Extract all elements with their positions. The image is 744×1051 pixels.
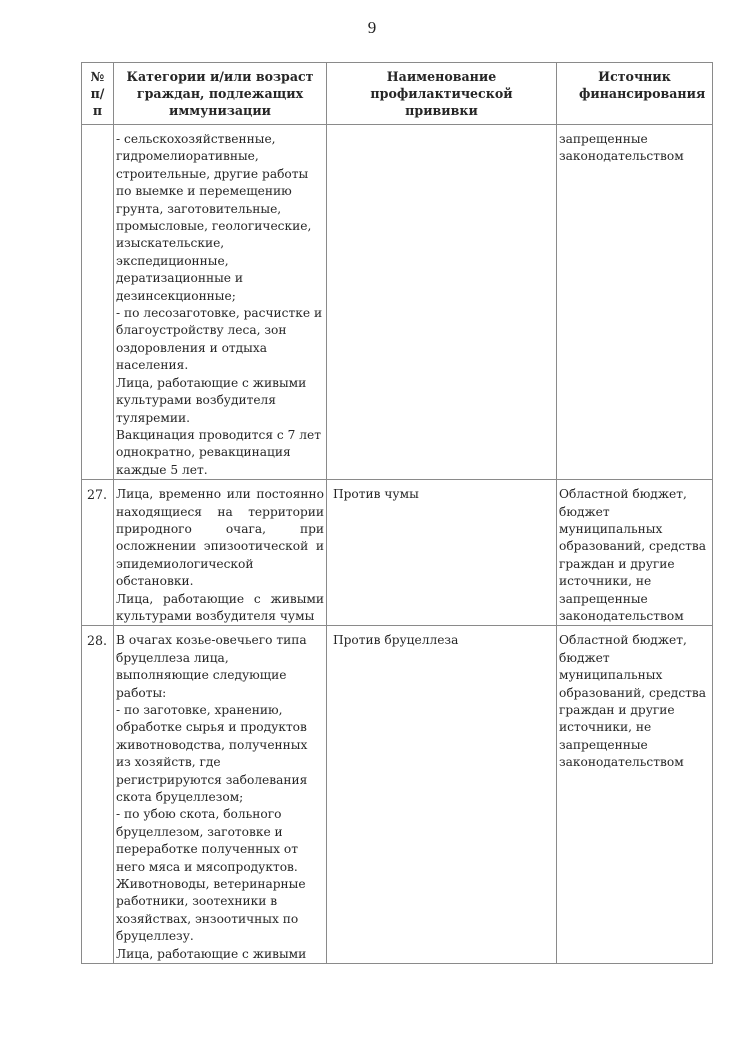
vaccination-text: Против чумы: [327, 480, 556, 503]
row-number-cell: 27.: [82, 480, 114, 626]
category-cell: В очагах козье-овечьего типа бруцеллеза …: [114, 626, 327, 964]
row-number-cell: [82, 125, 114, 480]
vaccination-text: [327, 125, 556, 131]
table-row: - сельскохозяйственные, гидромелиоративн…: [82, 125, 713, 480]
table-row: 28. В очагах козье-овечьего типа бруцелл…: [82, 626, 713, 964]
category-cell: - сельскохозяйственные, гидромелиоративн…: [114, 125, 327, 480]
category-cell: Лица, временно или постоянно находящиеся…: [114, 480, 327, 626]
financing-cell: Областной бюджет, бюджет муниципальных о…: [557, 480, 713, 626]
vaccination-cell: [327, 125, 557, 480]
row-number: 27.: [82, 480, 113, 503]
table-header-row: № п/ п Категории и/или возраст граждан, …: [82, 63, 713, 125]
header-number-text: № п/ п: [82, 68, 113, 119]
vaccination-table: № п/ п Категории и/или возраст граждан, …: [81, 62, 713, 964]
header-category: Категории и/или возраст граждан, подлежа…: [114, 63, 327, 125]
financing-text: запрещенные законодательством: [557, 125, 712, 166]
category-text: Лица, временно или постоянно находящиеся…: [114, 480, 326, 625]
header-vaccination: Наименование профилактической прививки: [327, 63, 557, 125]
financing-cell: Областной бюджет, бюджет муниципальных о…: [557, 626, 713, 964]
financing-text: Областной бюджет, бюджет муниципальных о…: [557, 626, 712, 771]
page-number: 9: [0, 18, 744, 38]
header-financing-text: Источник финансирования: [557, 68, 712, 102]
table-row: 27. Лица, временно или постоянно находящ…: [82, 480, 713, 626]
category-text: - сельскохозяйственные, гидромелиоративн…: [114, 125, 326, 479]
header-vaccination-text: Наименование профилактической прививки: [327, 68, 556, 119]
financing-cell: запрещенные законодательством: [557, 125, 713, 480]
category-text: В очагах козье-овечьего типа бруцеллеза …: [114, 626, 326, 963]
row-number: 28.: [82, 626, 113, 649]
row-number: [82, 125, 113, 131]
row-number-cell: 28.: [82, 626, 114, 964]
header-financing: Источник финансирования: [557, 63, 713, 125]
header-number: № п/ п: [82, 63, 114, 125]
vaccination-cell: Против бруцеллеза: [327, 626, 557, 964]
financing-text: Областной бюджет, бюджет муниципальных о…: [557, 480, 712, 625]
vaccination-cell: Против чумы: [327, 480, 557, 626]
header-category-text: Категории и/или возраст граждан, подлежа…: [114, 68, 326, 119]
vaccination-text: Против бруцеллеза: [327, 626, 556, 649]
